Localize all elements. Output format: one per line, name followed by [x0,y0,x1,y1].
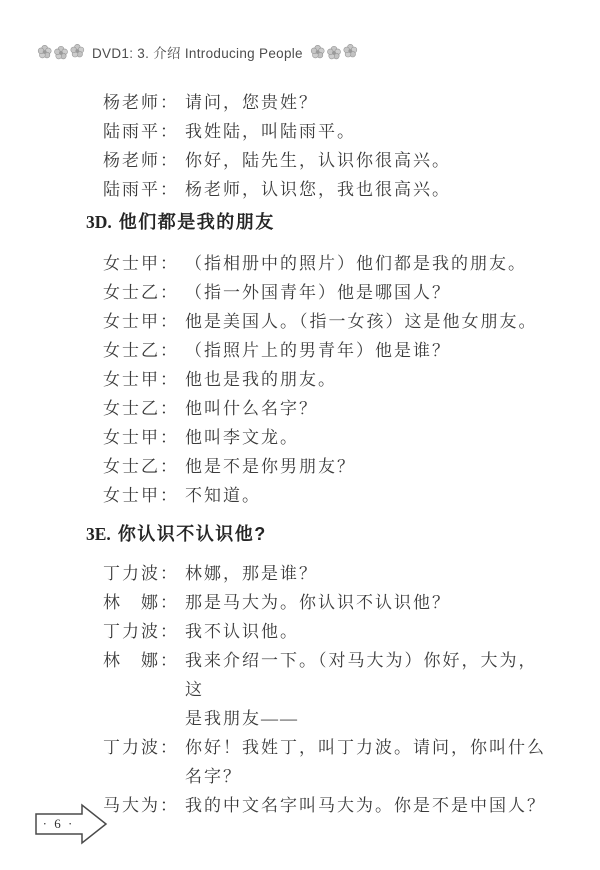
speaker-name: 杨老师： [103,146,185,175]
speaker-name: 陆雨平： [103,175,185,204]
utterance-text: 林娜，那是谁？ [185,559,555,588]
utterance-text: 他叫李文龙。 [185,423,555,452]
floral-ornament-right-icon [310,44,358,60]
utterance-text: 杨老师，认识您，我也很高兴。 [185,175,555,204]
speaker-name: 女士乙： [103,278,185,307]
dialogue-line: 陆雨平： 我姓陆，叫陆雨平。 [103,117,555,146]
dialogue-line: 林 娜： 我来介绍一下。（对马大为）你好，大为，这 是我朋友—— [103,646,555,733]
speaker-name: 马大为： [103,791,185,820]
dialogue-line: 女士甲： 他是美国人。（指一女孩）这是他女朋友。 [103,307,555,336]
page-number: · 6 · [35,814,82,834]
utterance-text: 你好，陆先生，认识你很高兴。 [185,146,555,175]
speaker-name: 女士甲： [103,307,185,336]
utterance-text: 我的中文名字叫马大为。你是不是中国人？ [185,791,555,820]
speaker-name: 丁力波： [103,617,185,646]
speaker-name: 女士乙： [103,336,185,365]
utterance-text: 他也是我的朋友。 [185,365,555,394]
utterance-text: 那是马大为。你认识不认识他？ [185,588,555,617]
floral-ornament-left-icon [37,44,85,60]
utterance-text: （指照片上的男青年）他是谁？ [185,336,555,365]
textbook-page: DVD1: 3. 介绍 Introducing People 杨老师： 请问，您… [0,0,600,870]
utterance-text: 他叫什么名字？ [185,394,555,423]
speaker-name: 女士甲： [103,481,185,510]
utterance-text: （指相册中的照片）他们都是我的朋友。 [185,249,555,278]
speaker-name: 林 娜： [103,646,185,675]
section-heading-3d: 3D. 他们都是我的朋友 [86,211,555,233]
dialogue-line: 林 娜： 那是马大为。你认识不认识他？ [103,588,555,617]
utterance-text: 不知道。 [185,481,555,510]
speaker-name: 女士乙： [103,394,185,423]
dialogue-line: 马大为： 我的中文名字叫马大为。你是不是中国人？ [103,791,555,820]
page-number-arrow: · 6 · [35,803,109,845]
speaker-name: 女士甲： [103,423,185,452]
speaker-name: 女士甲： [103,365,185,394]
section-number: 3D. [86,211,112,233]
section-title: 你认识不认识他? [118,523,267,545]
utterance-text: 我姓陆，叫陆雨平。 [185,117,555,146]
utterance-text: 他是美国人。（指一女孩）这是他女朋友。 [185,307,555,336]
dialogue-section-3d: 女士甲： （指相册中的照片）他们都是我的朋友。 女士乙： （指一外国青年）他是哪… [103,249,555,510]
speaker-name: 杨老师： [103,88,185,117]
section-heading-3e: 3E. 你认识不认识他? [86,523,555,545]
dialogue-line: 女士甲： （指相册中的照片）他们都是我的朋友。 [103,249,555,278]
page-header: DVD1: 3. 介绍 Introducing People [37,42,358,62]
utterance-text: 他是不是你男朋友？ [185,452,555,481]
utterance-text: 我不认识他。 [185,617,555,646]
dialogue-line: 杨老师： 你好，陆先生，认识你很高兴。 [103,146,555,175]
section-number: 3E. [86,523,111,545]
dialogue-line: 女士甲： 不知道。 [103,481,555,510]
speaker-name: 女士甲： [103,249,185,278]
page-content: 杨老师： 请问，您贵姓？ 陆雨平： 我姓陆，叫陆雨平。 杨老师： 你好，陆先生，… [103,88,555,820]
dialogue-line: 陆雨平： 杨老师，认识您，我也很高兴。 [103,175,555,204]
utterance-text: （指一外国青年）他是哪国人？ [185,278,555,307]
dialogue-line: 丁力波： 你好！我姓丁，叫丁力波。请问，你叫什么 名字？ [103,733,555,791]
dialogue-line: 丁力波： 林娜，那是谁？ [103,559,555,588]
dialogue-line: 杨老师： 请问，您贵姓？ [103,88,555,117]
speaker-name: 丁力波： [103,733,185,762]
speaker-name: 女士乙： [103,452,185,481]
dialogue-line: 女士甲： 他叫李文龙。 [103,423,555,452]
speaker-name: 丁力波： [103,559,185,588]
dialogue-line: 女士乙： 他是不是你男朋友？ [103,452,555,481]
dialogue-line: 女士甲： 他也是我的朋友。 [103,365,555,394]
dialogue-line: 女士乙： 他叫什么名字？ [103,394,555,423]
speaker-name: 陆雨平： [103,117,185,146]
dialogue-section-intro: 杨老师： 请问，您贵姓？ 陆雨平： 我姓陆，叫陆雨平。 杨老师： 你好，陆先生，… [103,88,555,204]
dialogue-section-3e: 丁力波： 林娜，那是谁？ 林 娜： 那是马大为。你认识不认识他？ 丁力波： 我不… [103,559,555,820]
utterance-text: 请问，您贵姓？ [185,88,555,117]
dialogue-line: 女士乙： （指一外国青年）他是哪国人？ [103,278,555,307]
speaker-name: 林 娜： [103,588,185,617]
chapter-header-title: DVD1: 3. 介绍 Introducing People [92,42,303,62]
utterance-text: 我来介绍一下。（对马大为）你好，大为，这 是我朋友—— [185,646,555,733]
section-title: 他们都是我的朋友 [119,211,275,233]
dialogue-line: 女士乙： （指照片上的男青年）他是谁？ [103,336,555,365]
utterance-text: 你好！我姓丁，叫丁力波。请问，你叫什么 名字？ [185,733,555,791]
dialogue-line: 丁力波： 我不认识他。 [103,617,555,646]
